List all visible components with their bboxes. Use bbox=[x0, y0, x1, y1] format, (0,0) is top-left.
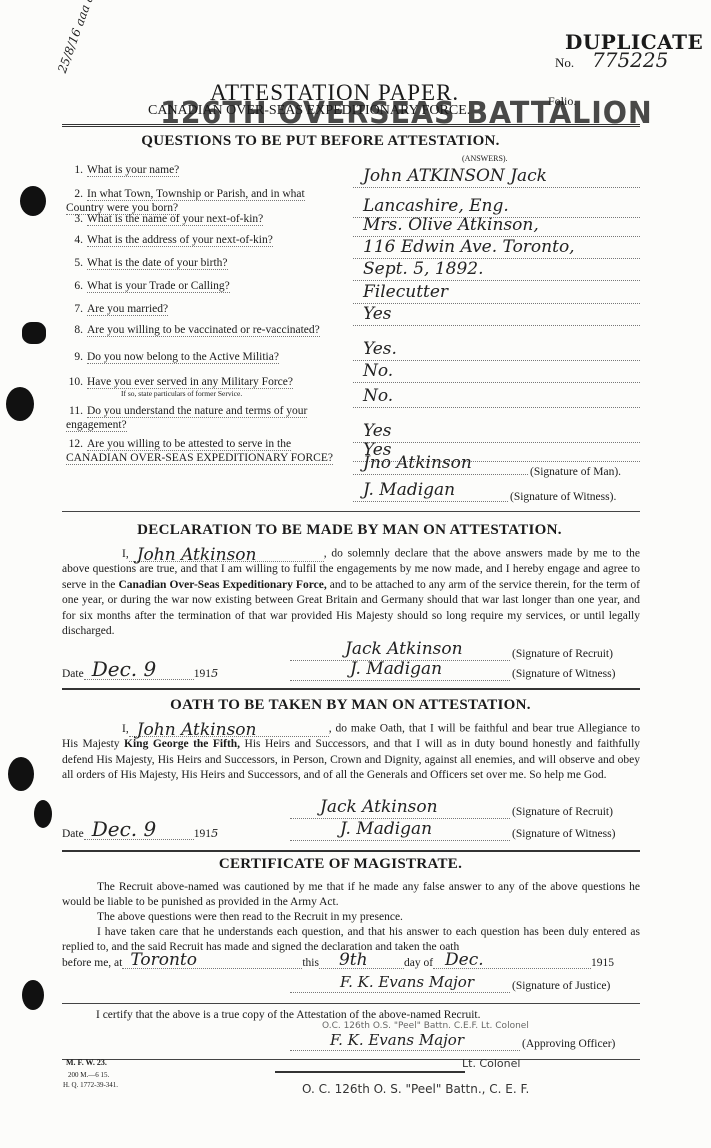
divider bbox=[62, 511, 640, 512]
magistrate-p1: The Recruit above-named was cautioned by… bbox=[62, 880, 640, 910]
magistrate-place-row: before me, atTorontothis9thday ofDec.191… bbox=[62, 954, 614, 969]
answer-6: Filecutter bbox=[363, 282, 448, 302]
divider bbox=[62, 124, 640, 127]
question-number: 5. bbox=[66, 256, 83, 270]
stamp-underline bbox=[275, 1071, 465, 1073]
month-field: Dec. bbox=[433, 954, 591, 969]
answer-line-3: Mrs. Olive Atkinson, bbox=[353, 216, 640, 237]
question-1: 1.What is your name? bbox=[66, 163, 336, 177]
question-number: 8. bbox=[66, 323, 83, 337]
divider bbox=[62, 850, 640, 852]
magistrate-heading: CERTIFICATE OF MAGISTRATE. bbox=[0, 856, 696, 873]
question-number: 12. bbox=[66, 437, 83, 451]
divider bbox=[62, 1003, 640, 1004]
answer-line-4: 116 Edwin Ave. Toronto, bbox=[353, 238, 640, 259]
oath-date-label: Date bbox=[62, 828, 84, 840]
answers-label: (ANSWERS). bbox=[462, 154, 508, 163]
month-value: Dec. bbox=[445, 950, 484, 970]
decl-date-field: Dec. 9 bbox=[84, 665, 194, 680]
declaration-prefix: I, bbox=[62, 548, 129, 560]
answer-line-6: Filecutter bbox=[353, 283, 640, 304]
oath-signature-witness: J. Madigan bbox=[340, 819, 432, 839]
oath-prefix: I, bbox=[62, 723, 129, 735]
question-text: Do you understand the nature and terms o… bbox=[66, 405, 307, 432]
number-label: No. bbox=[555, 55, 574, 71]
answer-8: Yes. bbox=[363, 339, 397, 359]
signature-man-line: Jno Atkinson bbox=[353, 454, 528, 475]
decl-year-prefix: 191 bbox=[194, 668, 211, 680]
before-me-label: before me, at bbox=[62, 957, 122, 969]
day-value: 9th bbox=[339, 950, 368, 970]
decl-date: Dec. 9 bbox=[92, 657, 157, 681]
certify-text: I certify that the above is a true copy … bbox=[96, 1009, 480, 1021]
answer-line-1: John ATKINSON Jack bbox=[353, 167, 640, 188]
question-2: 2.In what Town, Township or Parish, and … bbox=[66, 187, 336, 215]
punch-hole bbox=[6, 387, 34, 421]
oath-bold: King George the Fifth, bbox=[124, 738, 240, 750]
punch-hole bbox=[22, 322, 46, 344]
answer-7: Yes bbox=[363, 304, 392, 324]
signature-witness: J. Madigan bbox=[363, 480, 455, 500]
magistrate-text: The Recruit above-named was cautioned by… bbox=[62, 880, 640, 955]
answer-1: John ATKINSON Jack bbox=[363, 166, 547, 186]
answer-2: Lancashire, Eng. bbox=[363, 196, 509, 216]
oath-date: Dec. 9 bbox=[92, 817, 157, 841]
question-number: 4. bbox=[66, 233, 83, 247]
decl-signature-witness-line: J. Madigan bbox=[290, 660, 510, 681]
page-subtitle: CANADIAN OVER-SEAS EXPEDITIONARY FORCE. bbox=[148, 103, 470, 119]
question-11: 11.Do you understand the nature and term… bbox=[66, 404, 336, 432]
signature-witness-label: (Signature of Witness). bbox=[510, 491, 616, 503]
print-run: 200 M.—6 15. bbox=[68, 1071, 109, 1079]
oath-text: I,John Atkinson, do make Oath, that I wi… bbox=[62, 721, 640, 784]
question-number: 2. bbox=[66, 187, 83, 201]
question-number: 1. bbox=[66, 163, 83, 177]
place-field: Toronto bbox=[122, 954, 302, 969]
question-number: 10. bbox=[66, 375, 83, 389]
oath-signature-witness-line: J. Madigan bbox=[290, 820, 510, 841]
question-text: In what Town, Township or Parish, and in… bbox=[66, 188, 305, 215]
signature-man: Jno Atkinson bbox=[363, 453, 472, 473]
question-text: What is your name? bbox=[87, 164, 179, 177]
question-9: 9.Do you now belong to the Active Militi… bbox=[66, 350, 336, 364]
justice-signature: F. K. Evans Major bbox=[340, 973, 474, 991]
punch-hole bbox=[20, 186, 46, 216]
question-10: 10.Have you ever served in any Military … bbox=[66, 375, 336, 398]
oath-name: John Atkinson bbox=[137, 723, 257, 739]
question-text: Are you willing to be attested to serve … bbox=[66, 438, 333, 465]
answer-10: No. bbox=[363, 386, 393, 406]
decl-signature-witness: J. Madigan bbox=[350, 659, 442, 679]
declaration-bold: Canadian Over-Seas Expeditionary Force, bbox=[118, 579, 326, 591]
oath-year-prefix: 191 bbox=[194, 828, 211, 840]
question-8: 8.Are you willing to be vaccinated or re… bbox=[66, 323, 336, 337]
divider bbox=[62, 688, 640, 690]
justice-signature-label: (Signature of Justice) bbox=[512, 980, 610, 992]
divider bbox=[62, 1059, 640, 1060]
this-label: this bbox=[302, 957, 319, 969]
question-text: Are you married? bbox=[87, 303, 168, 316]
answer-line-11: Yes bbox=[353, 422, 640, 443]
approval-stamp-bottom: O. C. 126th O. S. "Peel" Battn., C. E. F… bbox=[302, 1082, 529, 1096]
answer-4: 116 Edwin Ave. Toronto, bbox=[363, 237, 575, 257]
answer-3: Mrs. Olive Atkinson, bbox=[363, 215, 539, 235]
question-5: 5.What is the date of your birth? bbox=[66, 256, 336, 270]
question-6: 6.What is your Trade or Calling? bbox=[66, 279, 336, 293]
oath-signature-recruit-line: Jack Atkinson bbox=[290, 798, 510, 819]
officer-signature: F. K. Evans Major bbox=[330, 1031, 464, 1049]
magistrate-p2: The above questions were then read to th… bbox=[62, 910, 640, 925]
declaration-name: John Atkinson bbox=[137, 548, 257, 564]
decl-signature-witness-label: (Signature of Witness) bbox=[512, 668, 615, 680]
question-4: 4.What is the address of your next-of-ki… bbox=[66, 233, 336, 247]
question-number: 11. bbox=[66, 404, 83, 418]
question-number: 6. bbox=[66, 279, 83, 293]
justice-signature-line: F. K. Evans Major bbox=[290, 972, 510, 993]
decl-date-row: DateDec. 91915 bbox=[62, 665, 218, 680]
question-number: 3. bbox=[66, 212, 83, 226]
question-text: Do you now belong to the Active Militia? bbox=[87, 351, 279, 364]
punch-hole bbox=[34, 800, 52, 828]
question-3: 3.What is the name of your next-of-kin? bbox=[66, 212, 336, 226]
oath-date-row: DateDec. 91915 bbox=[62, 825, 218, 840]
punch-hole bbox=[8, 757, 34, 791]
decl-signature-recruit: Jack Atkinson bbox=[345, 639, 463, 659]
question-text: What is the address of your next-of-kin? bbox=[87, 234, 273, 247]
decl-year-suffix: 5 bbox=[211, 666, 218, 680]
answer-11: Yes bbox=[363, 421, 392, 441]
declaration-text: I,John Atkinson, do solemnly declare tha… bbox=[62, 546, 640, 640]
day-of-label: day of bbox=[404, 957, 433, 969]
question-number: 9. bbox=[66, 350, 83, 364]
hq-code: H. Q. 1772-39-341. bbox=[63, 1081, 118, 1089]
question-text: Have you ever served in any Military For… bbox=[87, 376, 293, 389]
question-text: What is the date of your birth? bbox=[87, 257, 228, 270]
regimental-number: 775225 bbox=[592, 48, 668, 72]
answer-line-8: Yes. bbox=[353, 340, 640, 361]
declaration-name-field: John Atkinson bbox=[129, 546, 324, 562]
signature-man-label: (Signature of Man). bbox=[530, 466, 621, 478]
oath-year-suffix: 5 bbox=[211, 826, 218, 840]
punch-hole bbox=[22, 980, 44, 1010]
question-text: Are you willing to be vaccinated or re-v… bbox=[87, 324, 320, 337]
declaration-heading: DECLARATION TO BE MADE BY MAN ON ATTESTA… bbox=[0, 522, 705, 539]
questions-heading: QUESTIONS TO BE PUT BEFORE ATTESTATION. bbox=[0, 133, 676, 150]
decl-signature-recruit-line: Jack Atkinson bbox=[290, 640, 510, 661]
oath-date-field: Dec. 9 bbox=[84, 825, 194, 840]
question-text: What is your Trade or Calling? bbox=[87, 280, 230, 293]
day-field: 9th bbox=[319, 954, 404, 969]
oath-signature-recruit: Jack Atkinson bbox=[320, 797, 438, 817]
answer-line-5: Sept. 5, 1892. bbox=[353, 260, 640, 281]
answer-9: No. bbox=[363, 361, 393, 381]
lt-colonel-label: Lt. Colonel bbox=[462, 1057, 520, 1070]
side-note: 25/8/16 aaa a.B. bbox=[55, 0, 102, 75]
answer-line-9: No. bbox=[353, 362, 640, 383]
decl-signature-recruit-label: (Signature of Recruit) bbox=[512, 648, 613, 660]
question-subtext: If so, state particulars of former Servi… bbox=[66, 389, 336, 398]
question-12: 12.Are you willing to be attested to ser… bbox=[66, 437, 336, 465]
question-text: What is the name of your next-of-kin? bbox=[87, 213, 263, 226]
question-7: 7.Are you married? bbox=[66, 302, 336, 316]
officer-signature-label: (Approving Officer) bbox=[522, 1038, 615, 1050]
decl-date-label: Date bbox=[62, 668, 84, 680]
oath-name-field: John Atkinson bbox=[129, 721, 329, 737]
place-value: Toronto bbox=[130, 950, 197, 970]
question-number: 7. bbox=[66, 302, 83, 316]
form-code: M. F. W. 23. bbox=[66, 1058, 107, 1067]
oath-heading: OATH TO BE TAKEN BY MAN ON ATTESTATION. bbox=[0, 697, 706, 714]
answer-line-10: No. bbox=[353, 387, 640, 408]
oath-signature-recruit-label: (Signature of Recruit) bbox=[512, 806, 613, 818]
oath-signature-witness-label: (Signature of Witness) bbox=[512, 828, 615, 840]
answer-5: Sept. 5, 1892. bbox=[363, 259, 484, 279]
answer-line-7: Yes bbox=[353, 305, 640, 326]
magistrate-year: 1915 bbox=[591, 957, 614, 969]
folio-label: Folio. bbox=[548, 94, 576, 109]
signature-witness-line: J. Madigan bbox=[353, 481, 508, 502]
officer-signature-line: F. K. Evans Major bbox=[290, 1030, 520, 1051]
